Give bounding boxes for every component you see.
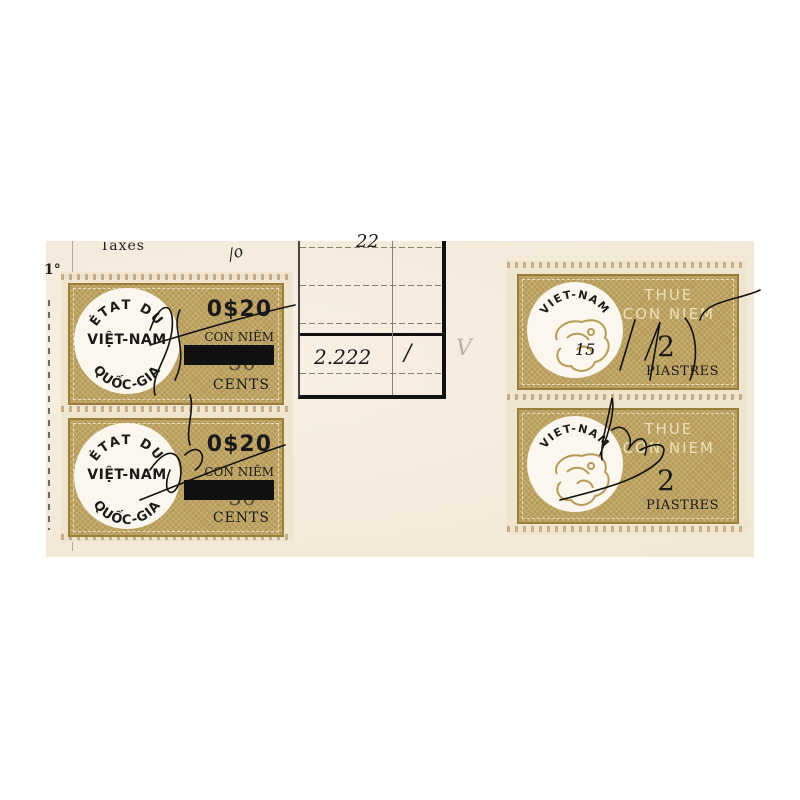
- stamp-title-line1: THUE: [623, 420, 715, 439]
- revenue-stamp-2-piastres-top: VIET-NAM THUE CON NIEM 2 PIASTRES: [517, 274, 739, 390]
- revenue-stamp-0-20-top: ÉTAT DU QUỐC-GIA VIỆT-NAM 0$20 CON NIÊM …: [68, 283, 284, 405]
- svg-text:ÉTAT DU: ÉTAT DU: [87, 433, 167, 464]
- stamp-title: THUE CON NIEM: [623, 286, 715, 324]
- circle-top-text: ÉTAT DU: [87, 298, 167, 329]
- perforation: [61, 406, 293, 412]
- stamp-title-line2: CON NIEM: [623, 305, 715, 324]
- perforation: [61, 274, 293, 280]
- revenue-stamp-2-piastres-bottom: VIET-NAM THUE CON NIEM 2 PIASTRES: [517, 408, 739, 524]
- stamp-emblem-circle: VIET-NAM: [527, 416, 623, 512]
- surcharge-value: 0$20: [207, 297, 272, 322]
- obliteration-bar: [184, 345, 274, 365]
- perforation: [507, 262, 747, 268]
- dashed-margin-line: [48, 300, 50, 530]
- revenue-stamp-0-20-bottom: ÉTAT DU QUỐC-GIA VIỆT-NAM 0$20 CON NIÊM …: [68, 418, 284, 537]
- stamp-emblem-circle: VIET-NAM: [527, 282, 623, 378]
- ledger-table: 22 2.222 /: [298, 241, 446, 399]
- svg-text:QUỐC-GIA: QUỐC-GIA: [90, 363, 164, 393]
- table-column-divider: [392, 241, 393, 395]
- table-rule: [300, 373, 442, 374]
- table-amount: 2.222: [314, 345, 371, 369]
- stamp-label: CON NIÊM: [204, 330, 274, 344]
- stamp-unit: PIASTRES: [646, 498, 719, 513]
- stamp-value: 2: [657, 330, 675, 363]
- stamp-title: THUE CON NIEM: [623, 420, 715, 458]
- stamp-unit: CENTS: [213, 377, 270, 393]
- table-total-rule: [300, 333, 442, 336]
- surcharge-value: 0$20: [207, 432, 272, 457]
- svg-text:ÉTAT DU: ÉTAT DU: [87, 298, 167, 329]
- stamp-emblem-circle: ÉTAT DU QUỐC-GIA VIỆT-NAM: [74, 288, 180, 394]
- dragon-emblem-icon: [547, 310, 617, 378]
- stamp-value: 2: [657, 464, 675, 497]
- pencil-check-mark: V: [456, 336, 472, 361]
- circle-top-text: ÉTAT DU: [87, 433, 167, 464]
- stamp-label: CON NIÊM: [204, 465, 274, 479]
- stamp-emblem-circle: ÉTAT DU QUỐC-GIA VIỆT-NAM: [74, 423, 180, 529]
- circle-center-text: VIỆT-NAM: [74, 332, 180, 348]
- obliteration-bar: [184, 480, 274, 500]
- dragon-emblem-icon: [547, 444, 617, 512]
- svg-text:QUỐC-GIA: QUỐC-GIA: [90, 498, 164, 528]
- table-rule: [300, 285, 442, 286]
- stamp-unit: PIASTRES: [646, 364, 719, 379]
- circle-bottom-text: QUỐC-GIA: [90, 363, 164, 393]
- stamp-unit: CENTS: [213, 510, 270, 526]
- perforation: [507, 394, 747, 400]
- circle-center-text: VIỆT-NAM: [74, 467, 180, 483]
- stamp-title-line1: THUE: [623, 286, 715, 305]
- marginal-mark: 1°: [44, 262, 61, 278]
- perforation: [507, 526, 747, 532]
- table-mark: /: [404, 341, 411, 366]
- circle-bottom-text: QUỐC-GIA: [90, 498, 164, 528]
- stamp-title-line2: CON NIEM: [623, 439, 715, 458]
- table-top-value: 22: [356, 231, 379, 252]
- table-rule: [300, 323, 442, 324]
